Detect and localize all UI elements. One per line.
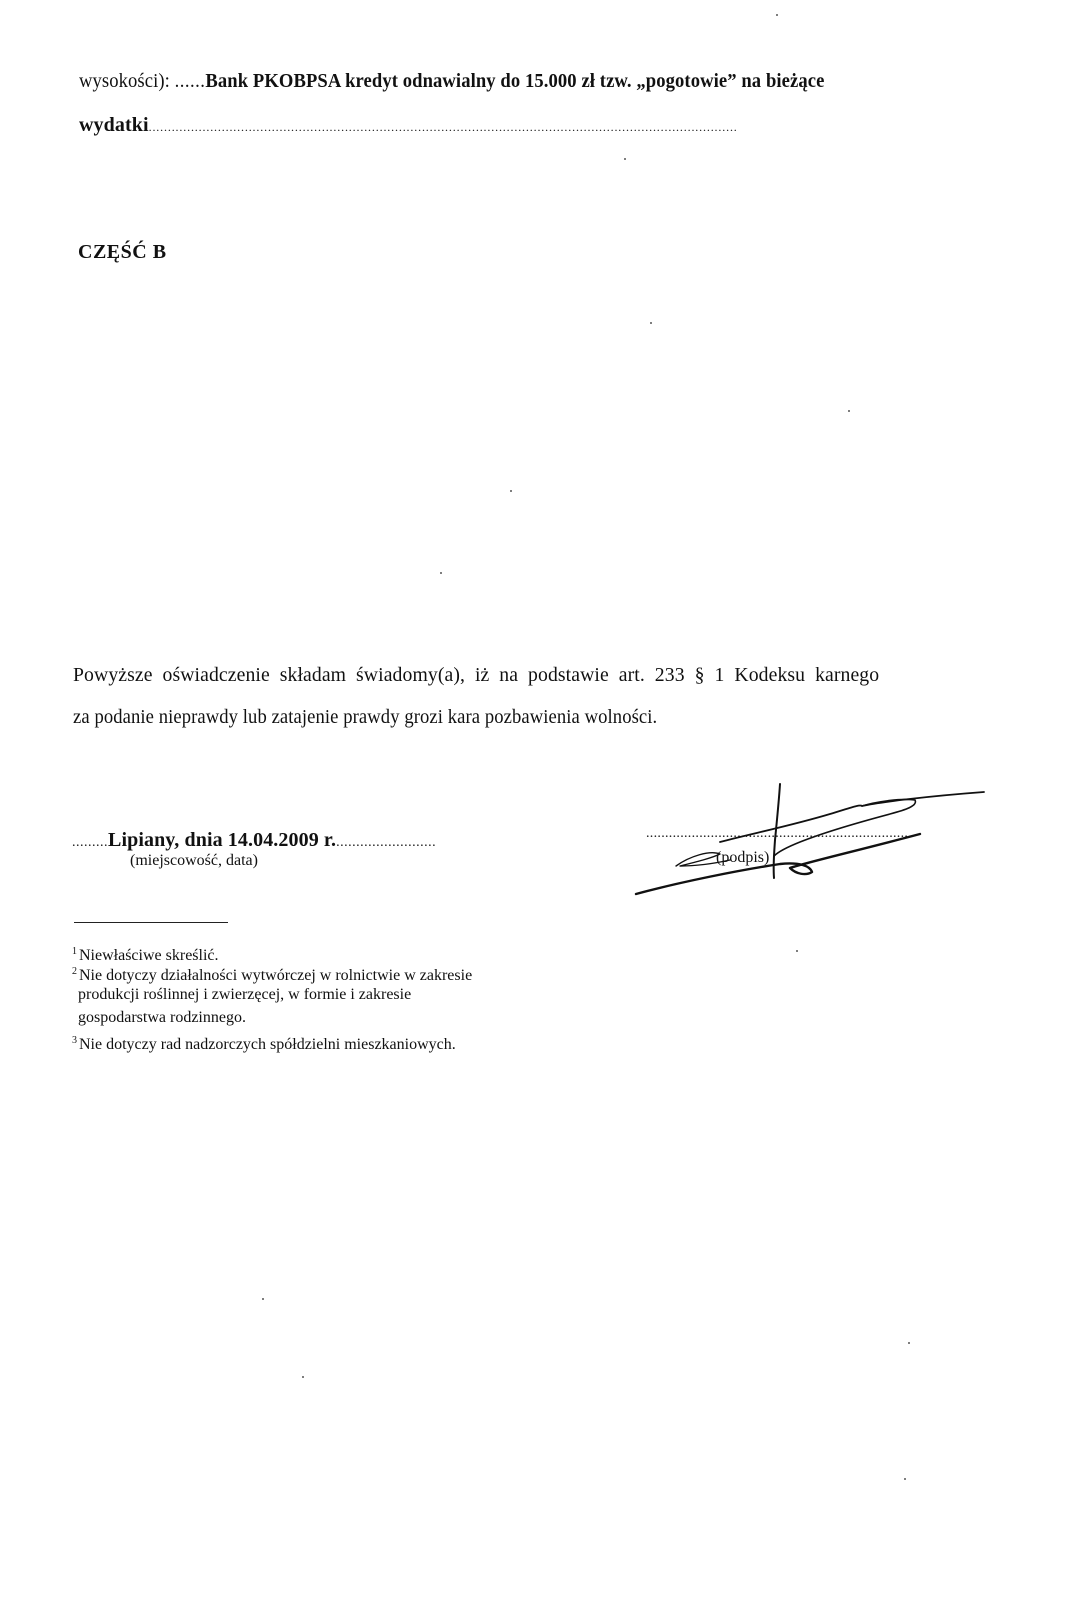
scan-speck bbox=[796, 950, 798, 952]
scan-speck bbox=[262, 1298, 264, 1300]
footnote-text: Nie dotyczy rad nadzorczych spółdzielni … bbox=[79, 1036, 456, 1053]
scan-speck bbox=[510, 490, 512, 492]
scan-speck bbox=[650, 322, 652, 324]
place-date-lead-dots: ......... bbox=[72, 835, 108, 850]
place-date-trailing-dots: ......................... bbox=[336, 835, 436, 850]
liabilities-lead-dots: ...... bbox=[175, 70, 206, 92]
footnote-mark: 2 bbox=[72, 966, 77, 977]
place-date-field: .........Lipiany, dnia 14.04.2009 r.....… bbox=[72, 829, 436, 852]
declaration-line-1: Powyższe oświadczenie składam świadomy(a… bbox=[73, 664, 891, 687]
footnote-mark: 3 bbox=[72, 1035, 77, 1046]
liabilities-continuation: wydatki bbox=[79, 114, 149, 136]
section-heading: CZĘŚĆ B bbox=[78, 241, 167, 264]
liabilities-value: Bank PKOBPSA kredyt odnawialny do 15.000… bbox=[205, 70, 824, 92]
document-page: wysokości): ......Bank PKOBPSA kredyt od… bbox=[0, 0, 1072, 1600]
footnote-text: Nie dotyczy działalności wytwórczej w ro… bbox=[79, 967, 472, 984]
declaration-text-1: Powyższe oświadczenie składam świadomy(a… bbox=[73, 664, 879, 687]
scan-speck bbox=[302, 1376, 304, 1378]
liabilities-line-2: wydatki.................................… bbox=[79, 114, 738, 137]
declaration-text-2: za podanie nieprawdy lub zatajenie prawd… bbox=[73, 706, 657, 729]
scan-speck bbox=[440, 572, 442, 574]
footnote-2: 2Nie dotyczy działalności wytwórczej w r… bbox=[72, 962, 472, 985]
footnote-2-cont-1: produkcji roślinnej i zwierzęcej, w form… bbox=[78, 985, 411, 1004]
scan-speck bbox=[776, 14, 778, 16]
footnote-separator bbox=[74, 922, 228, 923]
liabilities-line-1: wysokości): ......Bank PKOBPSA kredyt od… bbox=[79, 70, 881, 93]
footnote-2-cont-2: gospodarstwa rodzinnego. bbox=[78, 1008, 246, 1027]
footnote-mark: 1 bbox=[72, 946, 77, 957]
place-date-value: Lipiany, dnia 14.04.2009 r. bbox=[108, 829, 336, 851]
liabilities-label: wysokości): bbox=[79, 70, 170, 92]
footnote-3: 3Nie dotyczy rad nadzorczych spółdzielni… bbox=[72, 1031, 456, 1054]
liabilities-trailing-dots: ........................................… bbox=[149, 120, 738, 134]
place-date-caption: (miejscowość, data) bbox=[130, 852, 258, 870]
handwritten-signature bbox=[600, 770, 1000, 910]
scan-speck bbox=[904, 1478, 906, 1480]
scan-speck bbox=[848, 410, 850, 412]
declaration-line-2: za podanie nieprawdy lub zatajenie prawd… bbox=[73, 706, 701, 729]
scan-speck bbox=[624, 158, 626, 160]
scan-speck bbox=[908, 1342, 910, 1344]
